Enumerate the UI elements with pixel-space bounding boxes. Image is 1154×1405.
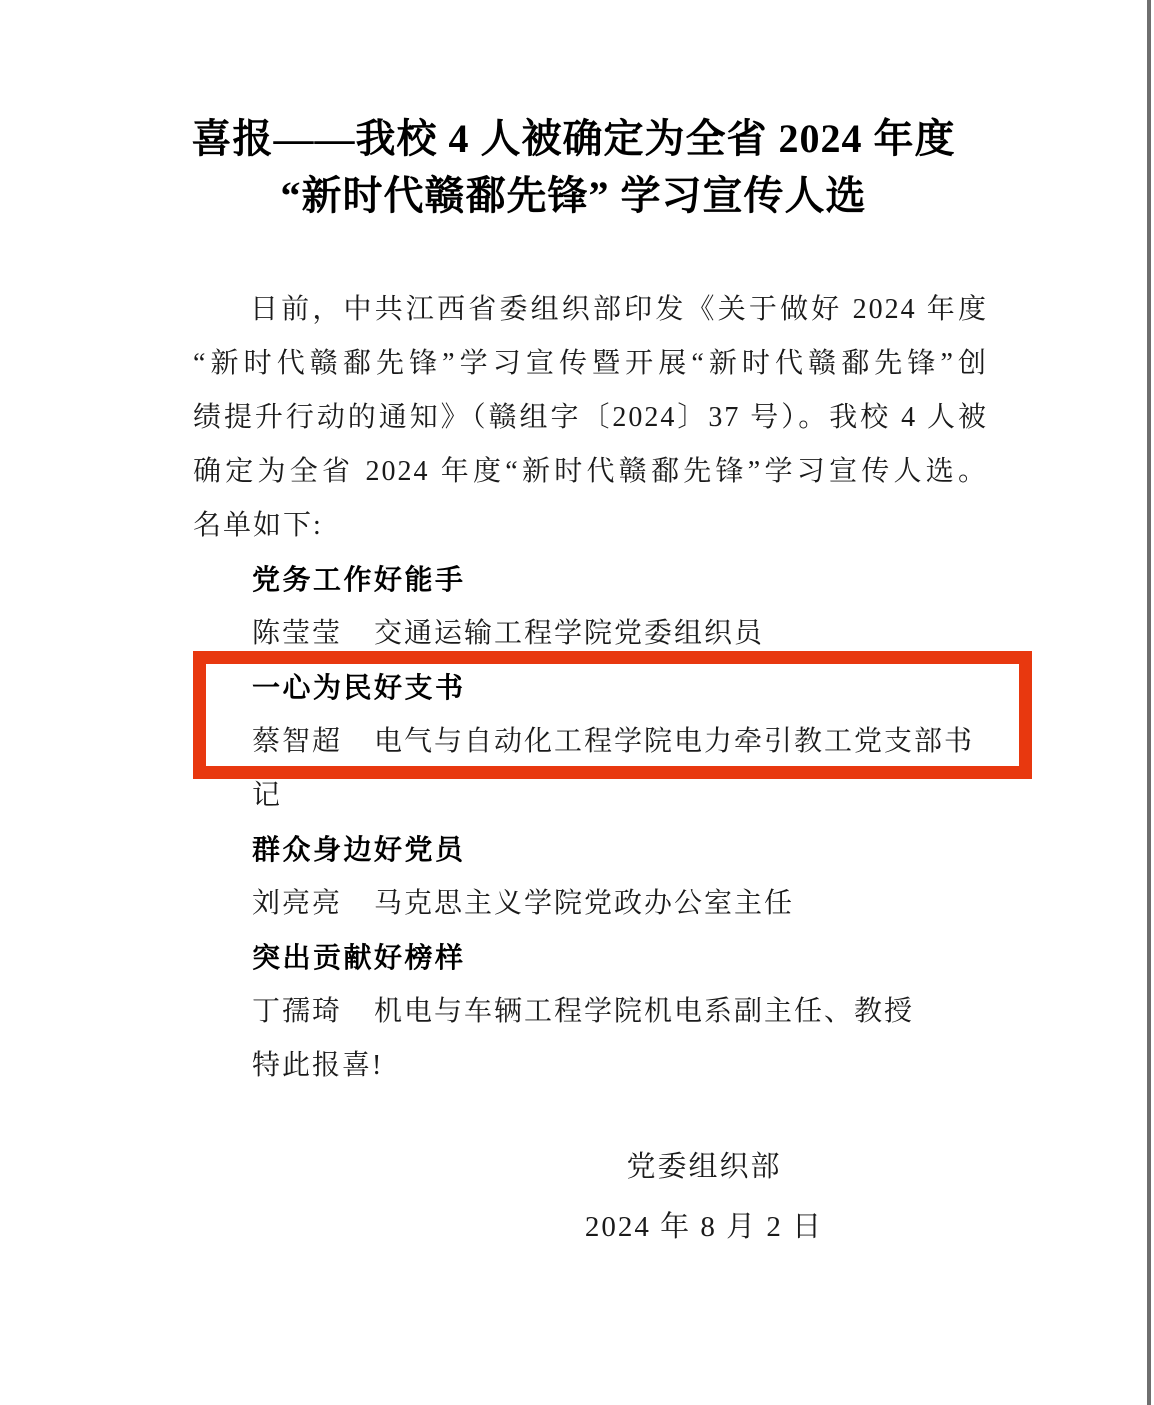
- document-title: 喜报——我校 4 人被确定为全省 2024 年度 “新时代赣鄱先锋” 学习宣传人…: [0, 110, 1147, 224]
- signature-date: 2024 年 8 月 2 日: [454, 1197, 954, 1257]
- awardee-entry-highlighted: 蔡智超电气与自动化工程学院电力牵引教工党支部书记: [193, 715, 988, 823]
- document-title-line-1: 喜报——我校 4 人被确定为全省 2024 年度: [0, 110, 1147, 167]
- awardee-title: 马克思主义学院党政办公室主任: [374, 888, 794, 919]
- awardee-name: 丁孺琦: [252, 996, 342, 1027]
- signature-department: 党委组织部: [454, 1137, 954, 1197]
- awardee-name: 刘亮亮: [252, 888, 342, 919]
- document-title-line-2: “新时代赣鄱先锋” 学习宣传人选: [0, 167, 1147, 224]
- announcement-document: 喜报——我校 4 人被确定为全省 2024 年度 “新时代赣鄱先锋” 学习宣传人…: [0, 0, 1154, 1405]
- signature-block: 党委组织部 2024 年 8 月 2 日: [454, 1137, 954, 1257]
- closing-line: 特此报喜!: [193, 1039, 988, 1093]
- awardee-name: 蔡智超: [252, 726, 342, 757]
- notice-paragraph-line: 绩提升行动的通知》（赣组字〔2024〕37 号）。我校 4 人被: [193, 391, 988, 445]
- category-heading: 群众身边好党员: [193, 823, 988, 877]
- notice-paragraph-line: 日前，中共江西省委组织部印发《关于做好 2024 年度: [193, 283, 988, 337]
- category-heading: 党务工作好能手: [193, 553, 988, 607]
- notice-paragraph-line: “新时代赣鄱先锋”学习宣传暨开展“新时代赣鄱先锋”创: [193, 337, 988, 391]
- list-intro-line: 名单如下:: [193, 499, 988, 553]
- awardee-title: 交通运输工程学院党委组织员: [374, 618, 764, 649]
- awardee-title: 电气与自动化工程学院电力牵引教工党支部书记: [252, 726, 974, 811]
- scan-edge-line: [1147, 0, 1151, 1405]
- awardee-title: 机电与车辆工程学院机电系副主任、教授: [374, 996, 914, 1027]
- awardee-entry: 陈莹莹交通运输工程学院党委组织员: [193, 607, 988, 661]
- notice-paragraph-line: 确定为全省 2024 年度“新时代赣鄱先锋”学习宣传人选。: [193, 445, 988, 499]
- category-heading-highlighted: 一心为民好支书: [193, 661, 988, 715]
- awardee-entry: 丁孺琦机电与车辆工程学院机电系副主任、教授: [193, 985, 988, 1039]
- document-body: 日前，中共江西省委组织部印发《关于做好 2024 年度 “新时代赣鄱先锋”学习宣…: [193, 283, 988, 1093]
- awardee-name: 陈莹莹: [252, 618, 342, 649]
- category-heading: 突出贡献好榜样: [193, 931, 988, 985]
- awardee-entry: 刘亮亮马克思主义学院党政办公室主任: [193, 877, 988, 931]
